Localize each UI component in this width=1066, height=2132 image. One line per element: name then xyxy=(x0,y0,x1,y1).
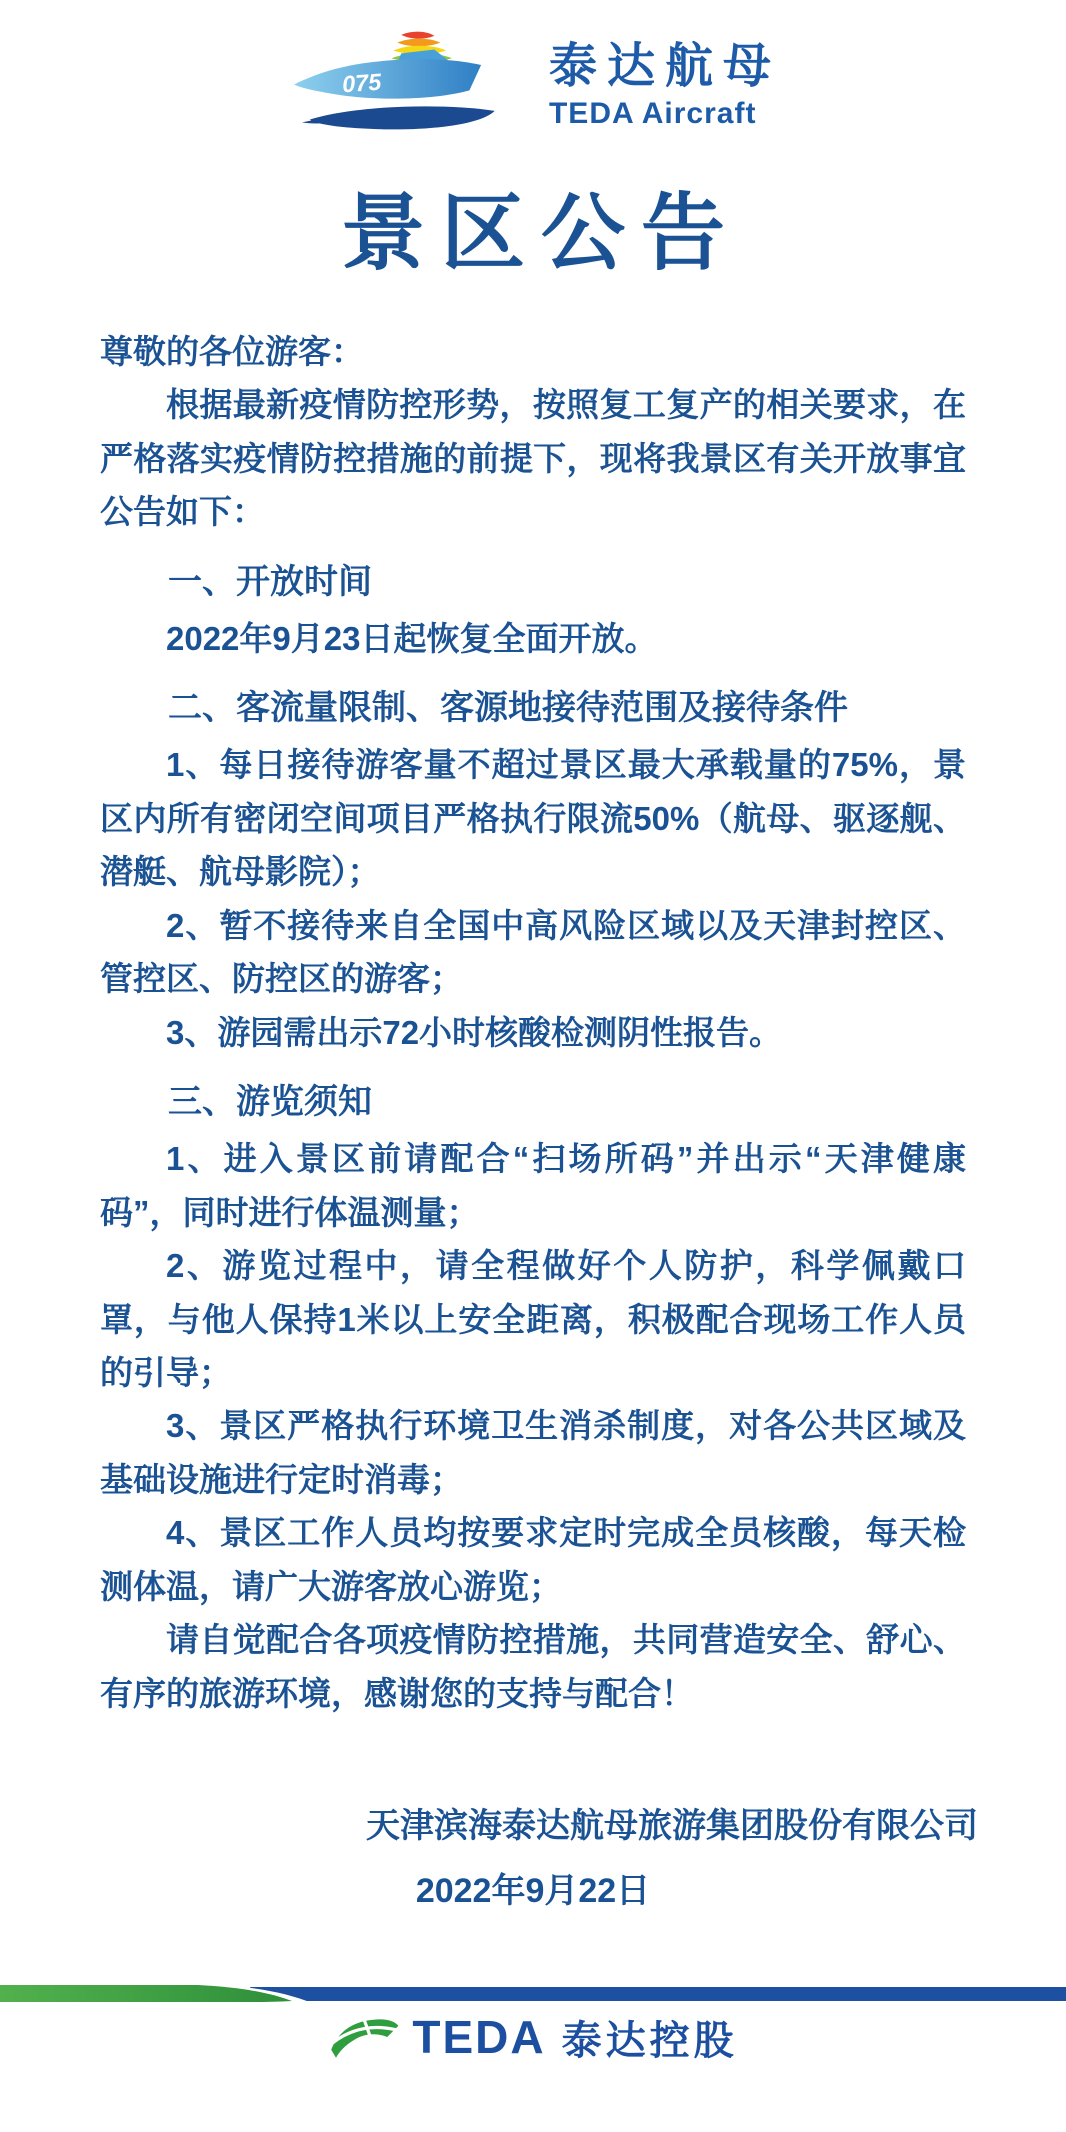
page: 075 泰达航母 TEDA Aircraft 景区公告 尊敬的各位游客： 根据最… xyxy=(0,0,1066,2132)
section-2-item: 1、每日接待游客量不超过景区最大承载量的75%，景区内所有密闭空间项目严格执行限… xyxy=(100,738,966,898)
notice-body: 尊敬的各位游客： 根据最新疫情防控形势，按照复工复产的相关要求，在严格落实疫情防… xyxy=(100,325,966,1720)
teda-logo: TEDA 泰达控股 xyxy=(0,2008,1066,2066)
page-title: 景区公告 xyxy=(0,166,1066,287)
signature-block: 天津滨海泰达航母旅游集团股份有限公司 2022年9月22日 xyxy=(0,1798,1066,1912)
signature-date: 2022年9月22日 xyxy=(0,1863,1066,1912)
section-2-heading: 二、客流量限制、客源地接待范围及接待条件 xyxy=(100,681,966,736)
intro-paragraph: 根据最新疫情防控形势，按照复工复产的相关要求，在严格落实疫情防控措施的前提下，现… xyxy=(100,378,966,538)
svg-text:075: 075 xyxy=(341,69,383,98)
closing-paragraph: 请自觉配合各项疫情防控措施，共同营造安全、舒心、有序的旅游环境，感谢您的支持与配… xyxy=(100,1613,966,1720)
section-1-heading: 一、开放时间 xyxy=(100,555,966,610)
section-3-item: 1、进入景区前请配合“扫场所码”并出示“天津健康码”，同时进行体温测量； xyxy=(100,1132,966,1239)
section-2-item: 2、暂不接待来自全国中高风险区域以及天津封控区、管控区、防控区的游客； xyxy=(100,899,966,1006)
teda-logo-cn: 泰达控股 xyxy=(562,2009,738,2066)
brand-text: 泰达航母 TEDA Aircraft xyxy=(549,43,781,129)
teda-logo-en: TEDA xyxy=(412,2010,545,2064)
salutation: 尊敬的各位游客： xyxy=(100,325,966,378)
section-3-heading: 三、游览须知 xyxy=(100,1075,966,1130)
section-3-item: 3、景区严格执行环境卫生消杀制度，对各公共区域及基础设施进行定时消毒； xyxy=(100,1399,966,1506)
teda-fan-icon xyxy=(328,2008,400,2066)
brand-name-en: TEDA Aircraft xyxy=(549,99,756,129)
brand-logo: 075 泰达航母 TEDA Aircraft xyxy=(0,0,1066,142)
section-1-item: 2022年9月23日起恢复全面开放。 xyxy=(100,612,966,665)
aircraft-carrier-ship-icon: 075 xyxy=(285,30,535,142)
signature-company: 天津滨海泰达航母旅游集团股份有限公司 xyxy=(0,1798,1066,1847)
section-3-item: 2、游览过程中，请全程做好个人防护，科学佩戴口罩，与他人保持1米以上安全距离，积… xyxy=(100,1239,966,1399)
footer-divider-bar xyxy=(0,1984,1066,2004)
section-2-item: 3、游园需出示72小时核酸检测阴性报告。 xyxy=(100,1006,966,1059)
brand-name-cn: 泰达航母 xyxy=(549,43,781,91)
section-3-item: 4、景区工作人员均按要求定时完成全员核酸，每天检测体温，请广大游客放心游览； xyxy=(100,1506,966,1613)
